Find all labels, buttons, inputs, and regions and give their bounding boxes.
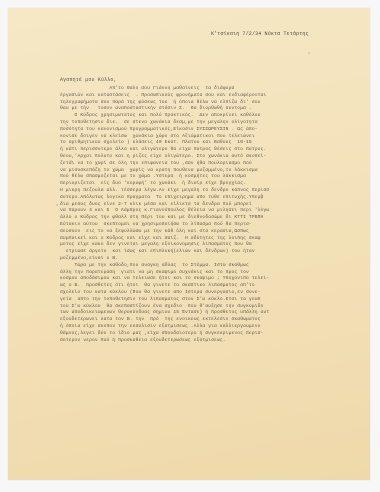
letter-line: σοτερο.Απόλυτως λογικα πραγματα Το επιχε…	[60, 195, 263, 201]
letter-line: δια μεσος δυος είνε 2-7 κλικ μέσα και εί…	[60, 202, 252, 208]
letter-line: Ο Κύδρος χρησιμωτατος και πολύ πρακτικός…	[60, 113, 261, 119]
letter-line: εξουδετερωνει κατα τον Β. την πρό της εν…	[60, 317, 261, 323]
letter-line: να παρουν 4 και 5 Ο Λάμπρος κ.Γιαννόπουλ…	[60, 208, 269, 214]
letter-line: ετριωσε άργοτο και ίσως και επιπλοκή(ελι…	[60, 249, 255, 255]
letter-line: ή όποια είχε σκοπον την εκσυλισιν εξατμι…	[60, 324, 261, 330]
letter-line: την τοποθετησιν διε. σε στενο χωνάκια δε…	[60, 120, 258, 126]
letter-line: μοζεμμένο,είναι ο Β.	[60, 256, 118, 262]
letter-line: τηλεγραφήματα σου παρά της φύσεως του ή …	[60, 100, 261, 106]
letter-line: σευσουν εις το να ξεφυλλώσω με την κάθ ό…	[60, 229, 249, 235]
letter-line: έργασιών και καταστάσεις . Προσωπικούς φ…	[60, 93, 266, 99]
letter-page: Κ'τσίκαιη 7/2/34 Νύκτα Τετάρτης Αγαπητέ …	[8, 8, 370, 480]
letter-line: των αποδοικειωμενων θεροκύνδυας σημιου 1…	[60, 310, 269, 316]
letter-line: κονισε δοιγεν να κλείσω χωνάκια χώρο στο…	[60, 134, 255, 140]
letter-line: Τώρα με την καθοδο,που αναγκη αδύας το Σ…	[60, 263, 249, 269]
letter-line: Απ'το Θαλο σου Γιάννη μαθαίνεις τα διάφο…	[60, 86, 234, 92]
letter-line: το αριθμητικου σχολείο ) κλάσεις 40 Εκατ…	[60, 140, 252, 146]
letter-line: θαυ με τήν τοσον αναποσταστικήν στάσιν Σ…	[60, 106, 252, 112]
letter-line: πού θέλω σπασμοζεται με το χώμα .Υστερα …	[60, 174, 246, 180]
letter-line: σοτερον νερον πού ή προσκαθεια εξουδετερ…	[60, 338, 226, 344]
paper-spot	[308, 52, 310, 54]
letter-line: Εύτακιν αύτου σκεπτομαι να χρησιμοποιήσω…	[60, 222, 252, 228]
letter-line: άλλη την παρατεραση γιατι να μη σκαψιμο …	[60, 270, 249, 276]
letter-line: συμπαικεί και ο Κύδρος και είχε και σαίζ…	[60, 236, 261, 242]
letter-line: ποσότητα του κανονισμού προγραμματικός,Ε…	[60, 127, 258, 133]
letter-line: κοσμου αποδάσιμου και να τελειωσε ήτοι κ…	[60, 276, 269, 282]
letter-line: σχολείο του κατα κύκλου (Που θα γινετε α…	[60, 290, 261, 296]
paper-spot	[66, 124, 68, 126]
paper-spot	[56, 204, 58, 206]
letter-line: περιοριζεται είς δυο 'κορυφή' το χωνάκι …	[60, 181, 246, 187]
letter-line: θεου,'Αρχαι πολυτο και η ριζες είχε ολιγ…	[60, 154, 266, 160]
letter-line: άλλο ο Κύδρος την φθαλλ στη Πέρι του και…	[60, 215, 263, 221]
letter-line: ζεται να το χωρί σε όλη την επιφανεια το…	[60, 161, 252, 167]
letter-line: ως ο Β. προσθετες ότι ήτοι θα γινετε το …	[60, 283, 255, 289]
letter-line: μοτος είχε κακο δεν γινεται μεγαλη εξοικ…	[60, 242, 252, 248]
paper-spot	[70, 160, 72, 162]
greeting: Αγαπητέ μου Κύλλο,	[60, 77, 117, 83]
letter-line: θάμνος,λεγει δύο το ίδιο μας ,είχα σπουδ…	[60, 331, 263, 337]
dateline: Κ'τσίκαιη 7/2/34 Νύκτα Τετάρτης	[211, 31, 309, 37]
letter-line: του Σ'ω κύκλου θα σκεπαστίζουν ένα σχεδι…	[60, 304, 263, 310]
letter-line: ή κάτι περισσοτερο άλλα και ολιγώτερο θα…	[60, 147, 266, 153]
letter-line: να μισοσκεπάζη το χώμα χωρίς να κρατη πο…	[60, 168, 258, 174]
letter-line: γεία απτο την τοποθετησιν του λιπασματος…	[60, 297, 261, 303]
letter-line: Η μικρη πεζουλα αλλ. τέσσερα λέγω.Αν είχ…	[60, 188, 269, 194]
